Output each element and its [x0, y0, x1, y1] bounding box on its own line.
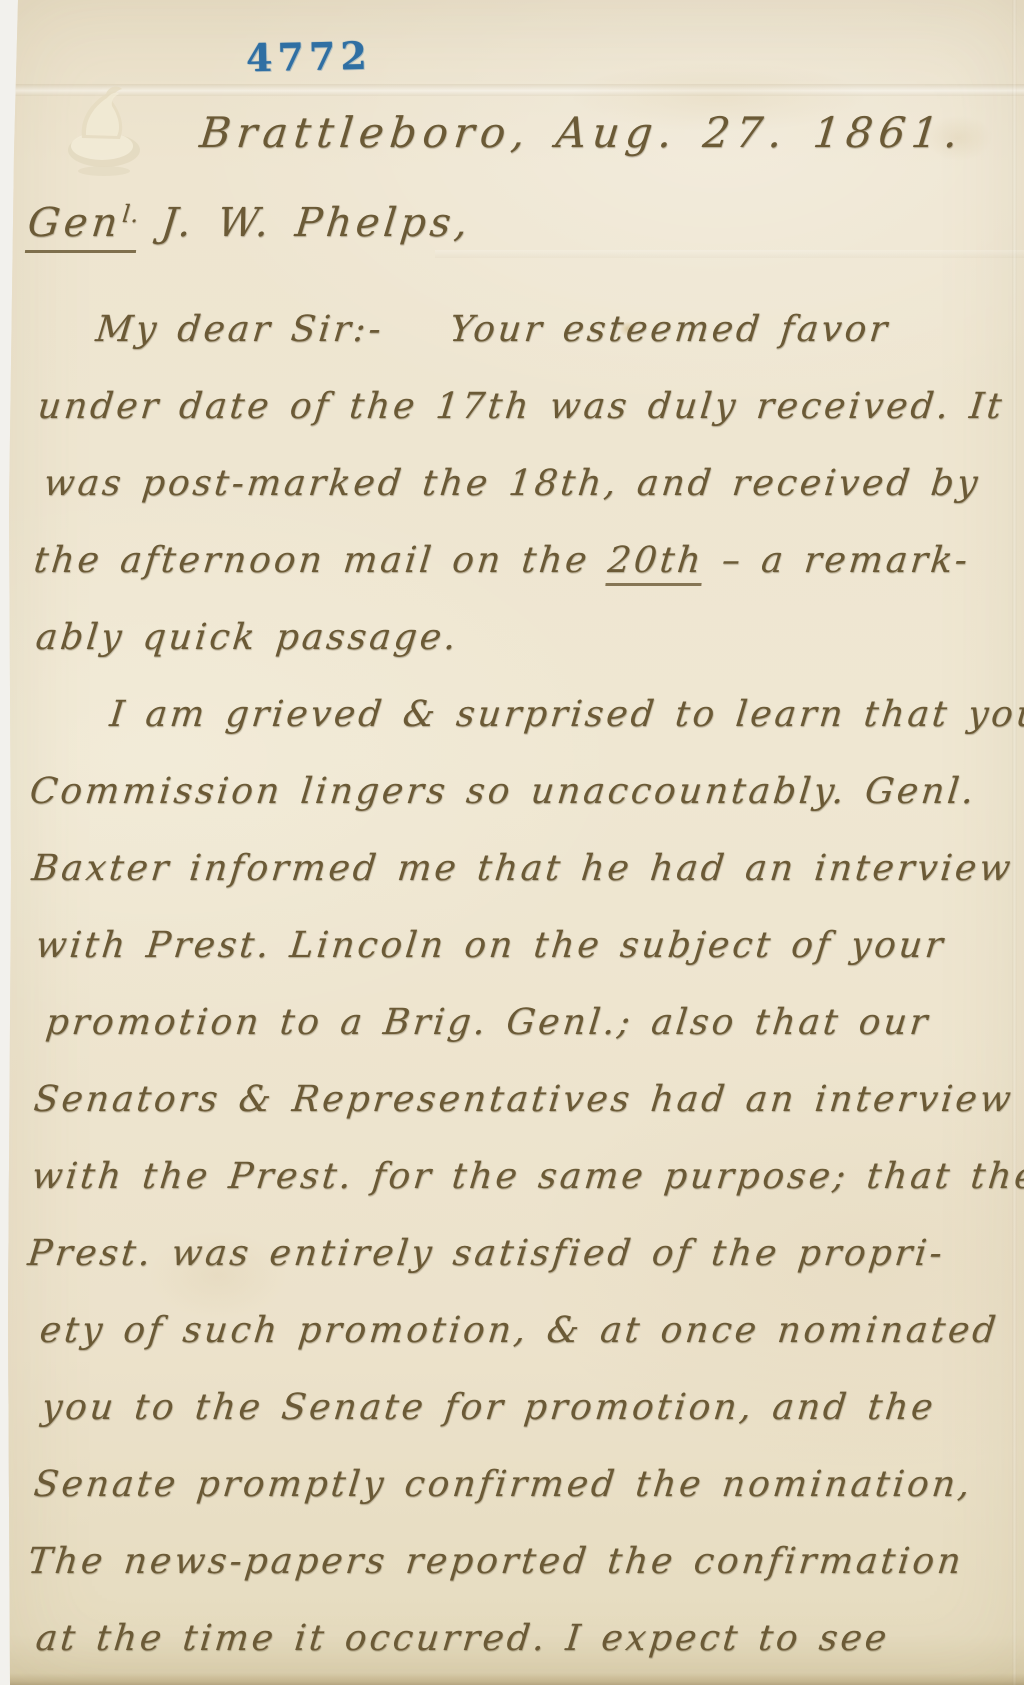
letter-body: My dear Sir:-Your esteemed favor under d… [28, 291, 1004, 1677]
letter-line: My dear Sir:-Your esteemed favor [92, 291, 1008, 368]
letter-line: ably quick passage. [32, 599, 1008, 676]
letter-dateline: Brattleboro, Aug. 27. 1861. [197, 108, 966, 157]
embossed-crest-icon [52, 72, 156, 188]
letter-line: The news-papers reported the confirmatio… [24, 1523, 1008, 1600]
letter-line: promotion to a Brig. Genl.; also that ou… [42, 984, 1008, 1061]
salutation-rank-base: Gen [26, 200, 124, 246]
underlined-date-20th: 20th [605, 540, 705, 586]
letter-line: I am grieved & surprised to learn that y… [106, 676, 1008, 753]
letter-line-text: – a remark- [701, 540, 972, 581]
scanned-letter-page: 4772 Brattleboro, Aug. 27. 1861. Genl. J… [0, 0, 1024, 1685]
fold-crease-right [1012, 0, 1017, 1685]
letter-line: with the Prest. for the same purpose; th… [28, 1138, 1008, 1215]
accession-stamp-number: 4772 [246, 33, 373, 81]
fold-crease-upper [435, 250, 1024, 258]
salutation-recipient-name: J. W. Phelps, [136, 200, 473, 246]
letter-salutation: Genl. J. W. Phelps, [26, 200, 474, 246]
letter-line: Prest. was entirely satisfied of the pro… [24, 1215, 1008, 1292]
salutation-underlined-rank: Genl. [25, 200, 141, 253]
letter-line: the afternoon mail on the 20th – a remar… [30, 522, 1008, 599]
letter-line: you to the Senate for promotion, and the [38, 1369, 1008, 1446]
letter-line-text: the afternoon mail on the [32, 540, 610, 581]
fold-crease-top [8, 84, 1024, 96]
letter-line: Baxter informed me that he had an interv… [28, 830, 1008, 907]
letter-line: Senators & Representatives had an interv… [30, 1061, 1008, 1138]
letter-line: ety of such promotion, & at once nominat… [36, 1292, 1008, 1369]
letter-line: was post-marked the 18th, and received b… [40, 445, 1008, 522]
letter-line: Senate promptly confirmed the nomination… [30, 1446, 1008, 1523]
letter-line: under date of the 17th was duly received… [34, 368, 1008, 445]
letter-line: at the time it occurred. I expect to see [32, 1600, 1008, 1677]
letter-line-text: Your esteemed favor [448, 309, 892, 350]
letter-line: Commission lingers so unaccountably. Gen… [26, 753, 1008, 830]
letter-line: with Prest. Lincoln on the subject of yo… [32, 907, 1008, 984]
letter-greeting: My dear Sir:- [94, 309, 386, 350]
